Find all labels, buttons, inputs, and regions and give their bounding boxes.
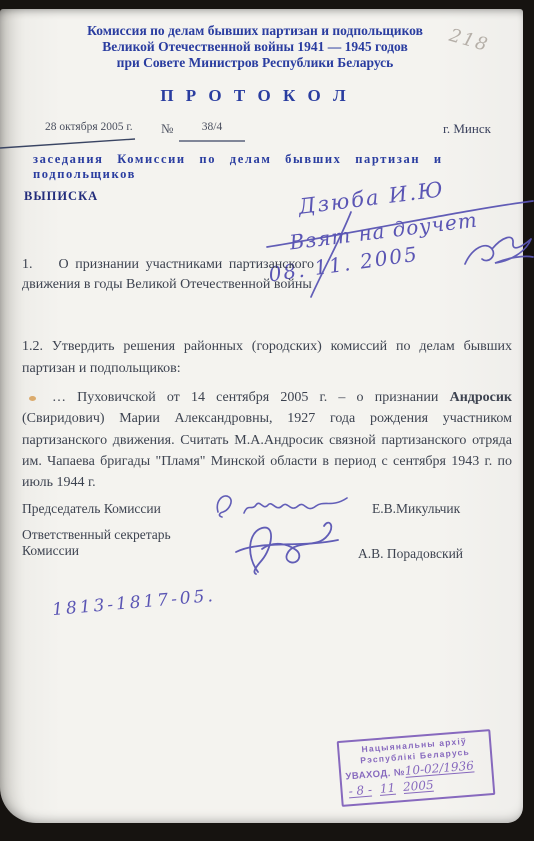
agenda-item-1-number: 1. <box>22 257 33 272</box>
stamp-entry-number: 10-02/1936 <box>404 759 474 777</box>
letterhead-line3: при Совете Министров Республики Беларусь <box>0 55 510 71</box>
decision-prefix: … Пуховичской от 14 сентября 2005 г. – о… <box>52 390 450 405</box>
protocol-date: 28 октября 2005 г. <box>45 121 133 133</box>
protocol-city: г. Минск <box>443 121 491 137</box>
document-title: П Р О Т О К О Л <box>0 86 510 106</box>
decision-suffix: (Свиридович) Марии Александровны, 1927 г… <box>22 411 512 490</box>
number-sign: № <box>161 121 173 137</box>
stamp-day: - 8 - <box>348 784 372 799</box>
agenda-item-1-text: О признании участниками партизанского дв… <box>22 257 314 292</box>
decision-name-bold: Андросик <box>450 390 512 405</box>
archive-stamp: Нацыянальны архіў Рэспублікі Беларусь УВ… <box>337 729 496 807</box>
stamp-month: 11 <box>379 782 395 796</box>
secretary-title: Ответственный секретарь Комиссии <box>22 527 192 559</box>
letterhead: Комиссия по делам бывших партизан и подп… <box>0 23 510 71</box>
agenda-item-1: 1.О признании участниками партизанского … <box>22 255 314 295</box>
extract-label: ВЫПИСКА <box>24 189 98 204</box>
stamp-entry-label: УВАХОД. № <box>345 767 405 783</box>
chairman-title: Председатель Комиссии <box>22 501 161 517</box>
letterhead-line1: Комиссия по делам бывших партизан и подп… <box>0 23 510 39</box>
secretary-name: А.В. Порадовский <box>358 546 463 562</box>
letterhead-line2: Великой Отечественной войны 1941 — 1945 … <box>0 39 510 55</box>
scanned-document-page: { "colors":{"accent_blue":"#2a3da0","ink… <box>0 0 534 841</box>
paragraph-1-2: 1.2. Утвердить решения районных (городск… <box>22 336 512 379</box>
stamp-year: 2005 <box>403 779 434 794</box>
scan-artifact <box>29 396 36 401</box>
chairman-name: Е.В.Микульчик <box>372 501 460 517</box>
decision-paragraph: … Пуховичской от 14 сентября 2005 г. – о… <box>22 387 512 493</box>
protocol-number: 38/4 <box>181 121 243 133</box>
